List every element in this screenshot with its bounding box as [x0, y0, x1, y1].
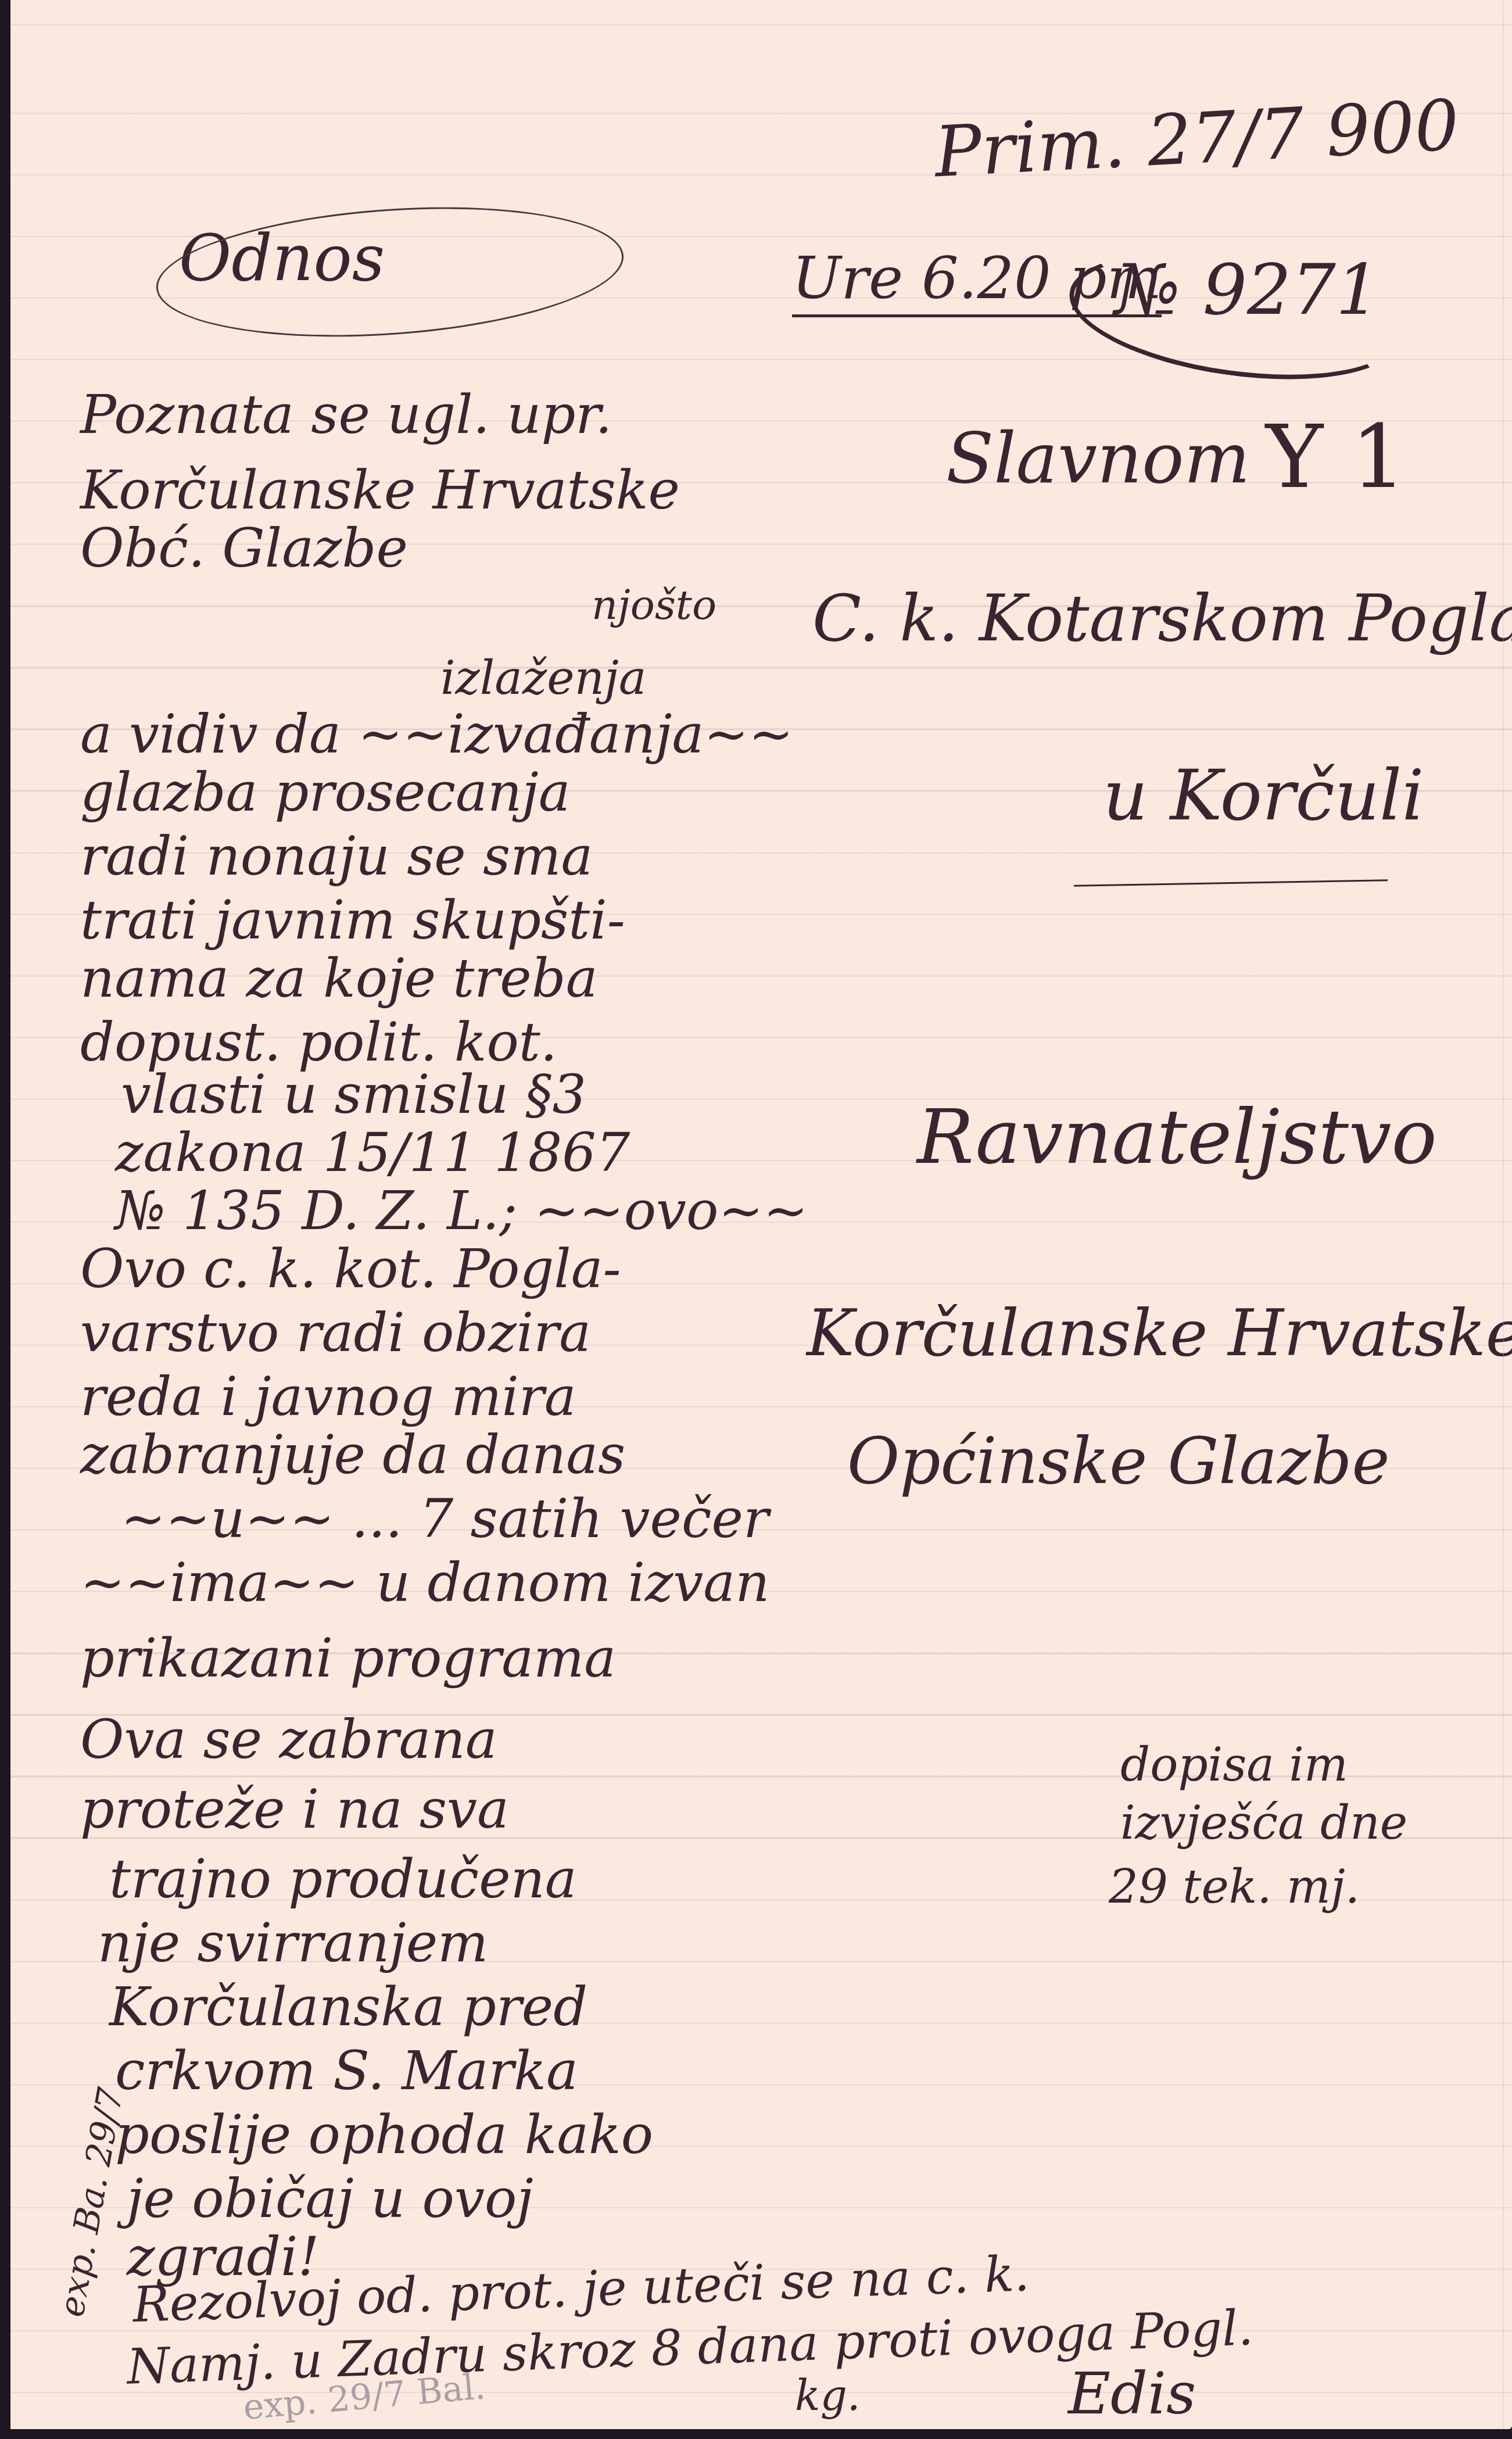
body-line: Korčulanske Hrvatske — [80, 459, 680, 521]
date-note-line-3: 29 tek. mj. — [1109, 1860, 1360, 1914]
body-line: poslije ophoda kako — [115, 2104, 653, 2166]
body-line: proteže i na sva — [80, 1778, 509, 1840]
body-line: zakona 15/11 1867 — [115, 1122, 630, 1184]
body-line: nama za koje treba — [80, 947, 598, 1009]
body-line: zabranjuje da danas — [80, 1424, 625, 1486]
received-stamp: Prim. 27/7 900 — [933, 85, 1461, 193]
body-line: Ovo c. k. kot. Pogla- — [80, 1238, 621, 1300]
body-line: je običaj u ovoj — [127, 2168, 533, 2230]
body-line: a vidiv da ~~izvađanja~~ — [80, 703, 793, 765]
body-line: vlasti u smislu §3 — [121, 1063, 586, 1126]
date-note-line-2: izvješća dne — [1120, 1796, 1407, 1850]
margin-note: exp. Ba. 29/7 — [51, 2085, 131, 2320]
body-line: trajno produčena — [109, 1848, 577, 1910]
address-line-2: C. k. Kotarskom Poglavarstvu — [812, 581, 1512, 656]
body-line-insertion: njošto — [592, 581, 716, 629]
recipient-line-2: Korčulanske Hrvatske — [807, 1296, 1512, 1370]
document-sheet: Prim. 27/7 900 Ure 6.20 pm № 9271 Y 1 Sl… — [10, 0, 1512, 2429]
body-line: nje svirranjem — [98, 1912, 488, 1974]
body-line: reda i javnog mira — [80, 1366, 576, 1428]
body-line: varstvo radi obzira — [80, 1302, 591, 1364]
signature: Edis — [1068, 2359, 1196, 2427]
recipient-line-1: Ravnateljstvo — [917, 1093, 1437, 1181]
marginal-mark: Y 1 — [1266, 407, 1406, 508]
body-line: Ova se zabrana — [80, 1709, 497, 1771]
sign-off: kg. — [795, 2371, 861, 2420]
heading-oval — [152, 193, 628, 351]
body-line: ~~ima~~ u danom izvan — [80, 1552, 769, 1614]
body-line: ~~u~~ ... 7 satih večer — [121, 1488, 769, 1550]
body-line: radi nonaju se sma — [80, 825, 593, 887]
address-underline — [1074, 879, 1388, 886]
body-line: Poznata se ugl. upr. — [80, 384, 612, 446]
body-line: crkvom S. Marka — [115, 2040, 578, 2102]
body-line: Korčulanska pred — [109, 1976, 587, 2038]
body-line: № 135 D. Z. L.; ~~ovo~~ — [115, 1180, 808, 1242]
date-note-line-1: dopisa im — [1120, 1738, 1348, 1792]
body-line: glazba prosecanja — [80, 761, 571, 823]
recipient-line-3: Općinske Glazbe — [847, 1424, 1390, 1498]
address-line-1: Slavnom — [946, 418, 1250, 499]
body-line: Obć. Glazbe — [80, 517, 408, 579]
body-line: trati javnim skupšti- — [80, 889, 625, 951]
body-line: prikazani programa — [80, 1627, 616, 1689]
body-line-insertion: izlaženja — [440, 651, 647, 705]
address-line-3: u Korčuli — [1103, 755, 1424, 836]
